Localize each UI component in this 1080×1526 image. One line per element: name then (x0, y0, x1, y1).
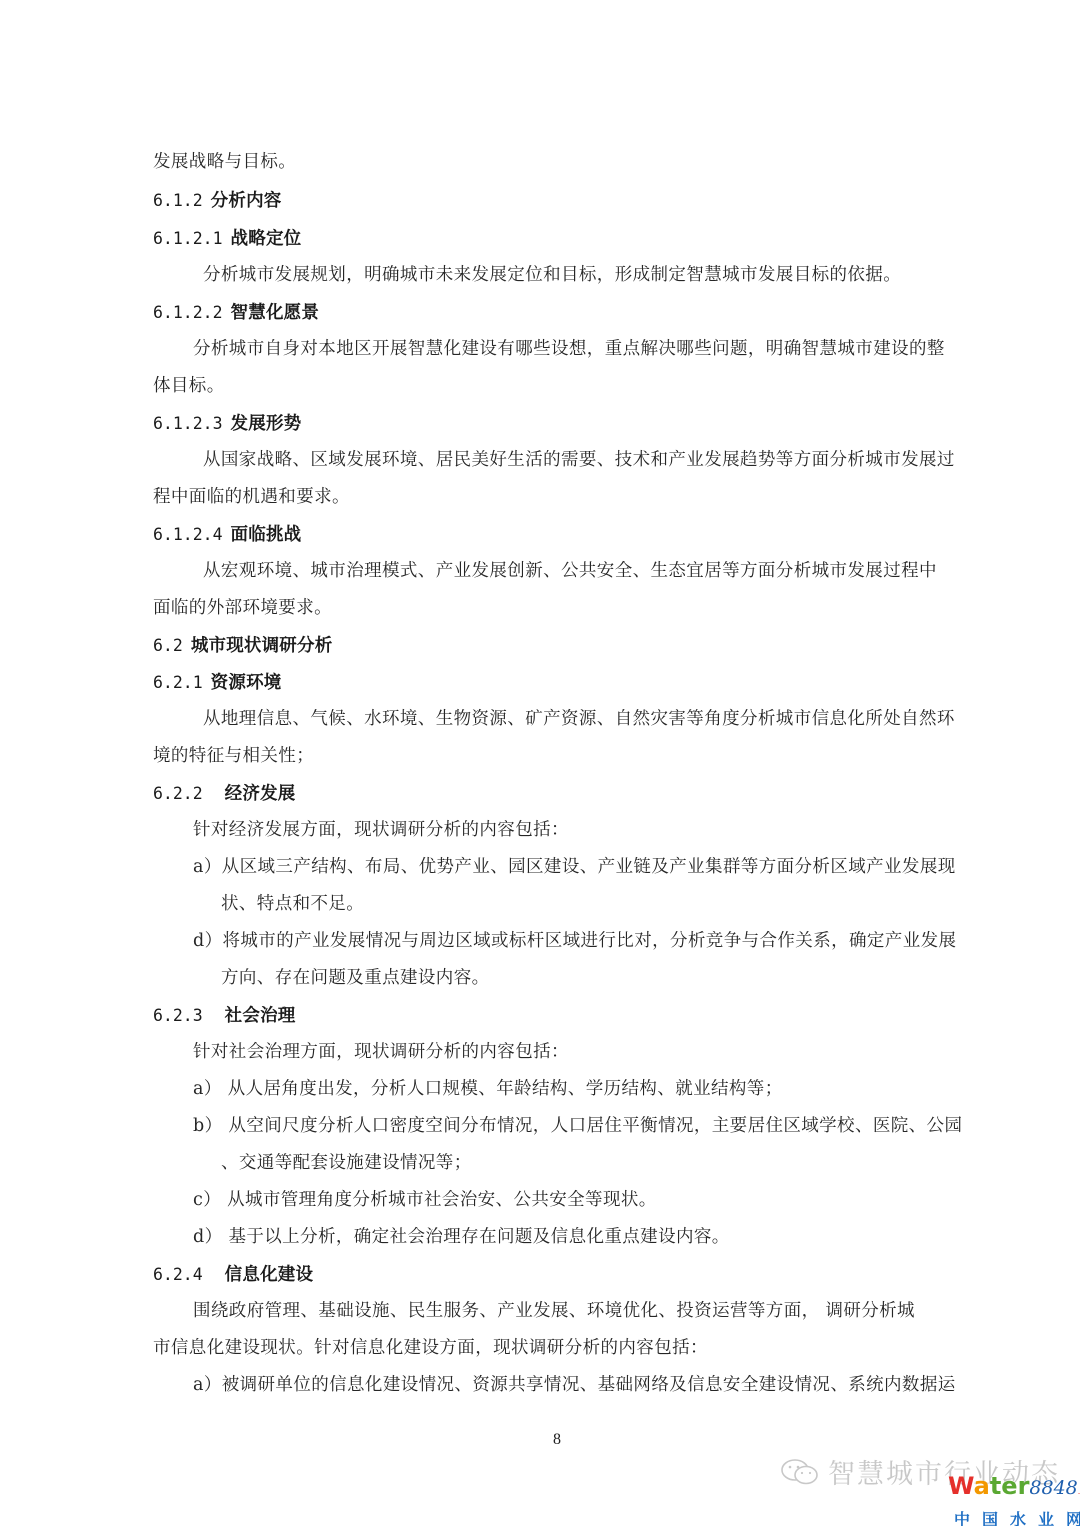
paragraph-line: 、交通等配套设施建设情况等； (221, 1151, 472, 1175)
section-heading: 6.1.2分析内容 (153, 189, 281, 213)
section-title: 资源环境 (211, 673, 282, 693)
section-heading: 6.2.2经济发展 (153, 782, 295, 806)
paragraph-line: 境的特征与相关性； (153, 744, 314, 768)
section-number: 6.1.2 (153, 191, 203, 210)
section-heading: 6.2.1资源环境 (153, 671, 281, 695)
section-heading: 6.1.2.4面临挑战 (153, 523, 301, 547)
paragraph-line: 针对经济发展方面，现状调研分析的内容包括： (193, 818, 569, 842)
paragraph-line: 分析城市发展规划，明确城市未来发展定位和目标，形成制定智慧城市发展目标的依据。 (203, 263, 901, 287)
brand-subtitle: 中国水业网 (954, 1507, 1080, 1526)
paragraph-line: 市信息化建设现状。针对信息化建设方面，现状调研分析的内容包括： (153, 1336, 708, 1360)
paragraph-line: 方向、存在问题及重点建设内容。 (221, 966, 490, 990)
paragraph-line: 发展战略与目标。 (153, 150, 296, 174)
brand-logo: Water8848.com 中国水业网 (948, 1474, 1080, 1526)
section-number: 6.2.2 (153, 784, 203, 803)
section-title: 信息化建设 (225, 1265, 314, 1285)
section-number: 6.2 (153, 636, 183, 655)
section-heading: 6.2.3社会治理 (153, 1004, 295, 1028)
paragraph-line: d）将城市的产业发展情况与周边区域或标杆区域进行比对，分析竞争与合作关系，确定产… (193, 929, 956, 953)
section-heading: 6.2.4信息化建设 (153, 1263, 313, 1287)
page-number: 8 (553, 1431, 561, 1449)
section-heading: 6.1.2.2智慧化愿景 (153, 301, 319, 325)
brand-letters-ter: ter (990, 1472, 1030, 1500)
section-number: 6.1.2.3 (153, 414, 223, 433)
brand-wordmark: Water8848.com (948, 1474, 1080, 1504)
section-title: 社会治理 (225, 1006, 296, 1026)
paragraph-line: 围绕政府管理、基础设施、民生服务、产业发展、环境优化、投资运营等方面， 调研分析… (193, 1299, 915, 1323)
section-heading: 6.1.2.1战略定位 (153, 227, 301, 251)
paragraph-line: 从国家战略、区域发展环境、居民美好生活的需要、技术和产业发展趋势等方面分析城市发… (203, 448, 955, 472)
brand-number: 8848 (1029, 1477, 1077, 1499)
paragraph-line: 针对社会治理方面，现状调研分析的内容包括： (193, 1040, 569, 1064)
paragraph-line: 程中面临的机遇和要求。 (153, 485, 350, 509)
paragraph-line: a） 从人居角度出发，分析人口规模、年龄结构、学历结构、就业结构等； (193, 1077, 783, 1101)
section-number: 6.2.1 (153, 673, 203, 692)
paragraph-line: d） 基于以上分析，确定社会治理存在问题及信息化重点建设内容。 (193, 1225, 730, 1249)
section-heading: 6.2城市现状调研分析 (153, 634, 332, 658)
paragraph-line: 从地理信息、气候、水环境、生物资源、矿产资源、自然灾害等角度分析城市信息化所处自… (203, 707, 955, 731)
section-title: 发展形势 (231, 414, 302, 434)
paragraph-line: 分析城市自身对本地区开展智慧化建设有哪些设想，重点解决哪些问题，明确智慧城市建设… (193, 337, 945, 361)
section-number: 6.1.2.2 (153, 303, 223, 322)
section-heading: 6.1.2.3发展形势 (153, 412, 301, 436)
brand-letter-w: W (948, 1472, 974, 1500)
paragraph-line: b） 从空间尺度分析人口密度空间分布情况，人口居住平衡情况，主要居住区域学校、医… (193, 1114, 962, 1138)
paragraph-line: 状、特点和不足。 (221, 892, 364, 916)
section-title: 城市现状调研分析 (191, 636, 333, 656)
document-page: 发展战略与目标。6.1.2分析内容6.1.2.1战略定位分析城市发展规划，明确城… (0, 0, 1080, 1526)
paragraph-line: 面临的外部环境要求。 (153, 596, 332, 620)
paragraph-line: a）被调研单位的信息化建设情况、资源共享情况、基础网络及信息安全建设情况、系统内… (193, 1373, 956, 1397)
section-number: 6.2.4 (153, 1265, 203, 1284)
section-title: 智慧化愿景 (231, 303, 320, 323)
section-number: 6.1.2.4 (153, 525, 223, 544)
section-number: 6.2.3 (153, 1006, 203, 1025)
paragraph-line: 体目标。 (153, 374, 225, 398)
section-title: 面临挑战 (231, 525, 302, 545)
section-title: 分析内容 (211, 191, 282, 211)
section-title: 经济发展 (225, 784, 296, 804)
section-number: 6.1.2.1 (153, 229, 223, 248)
paragraph-line: c） 从城市管理角度分析城市社会治安、公共安全等现状。 (193, 1188, 657, 1212)
wechat-icon (780, 1457, 820, 1487)
brand-letter-a: a (974, 1472, 990, 1500)
paragraph-line: 从宏观环境、城市治理模式、产业发展创新、公共安全、生态宜居等方面分析城市发展过程… (203, 559, 937, 583)
section-title: 战略定位 (231, 229, 302, 249)
paragraph-line: a）从区域三产结构、布局、优势产业、园区建设、产业链及产业集群等方面分析区域产业… (193, 855, 956, 879)
